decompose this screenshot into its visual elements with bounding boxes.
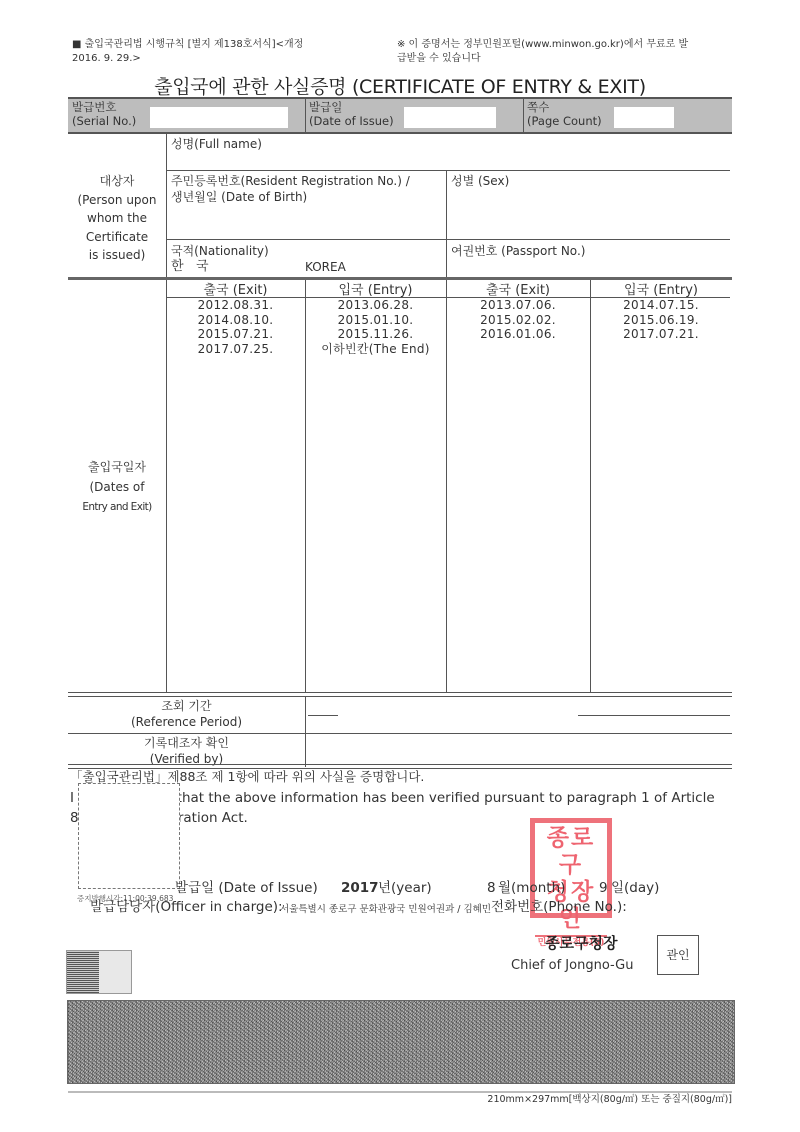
date-entry: 2017.07.25. — [166, 342, 305, 357]
divider — [305, 99, 306, 132]
label-line: 기록대조자 확인 — [68, 735, 305, 751]
date-entry: 이하빈칸(The End) — [305, 342, 446, 357]
issue-day-label: 일(day) — [611, 880, 659, 896]
page-count-label-en: (Page Count) — [527, 114, 602, 128]
nationality-en: KOREA — [305, 259, 346, 275]
dates-column-header: 입국 (Entry) — [590, 279, 732, 298]
dob-label: 생년월일 (Date of Birth) — [171, 189, 307, 205]
dates-column: 2013.07.06.2015.02.02.2016.01.06. — [446, 298, 590, 342]
date-entry: 2012.08.31. — [166, 298, 305, 313]
period-start-line — [308, 715, 338, 716]
authority-en: Chief of Jongno-Gu — [511, 958, 634, 974]
form-reference: ■ 출입국관리법 시행규칙 [별지 제138호서식]<개정 2016. 9. 2… — [72, 38, 332, 66]
issue-month: 8 — [487, 880, 496, 896]
phone-label: 전화번호(Phone No.): — [491, 899, 627, 915]
label-line: is issued) — [68, 246, 166, 265]
officer-value: 서울특별시 종로구 문화관광국 민원여권과 / 김혜민 — [280, 902, 491, 918]
date-entry: 2015.02.02. — [446, 313, 590, 328]
divider — [523, 99, 524, 132]
dates-column: 2013.06.28.2015.01.10.2015.11.26.이하빈칸(Th… — [305, 298, 446, 356]
document-title: 출입국에 관한 사실증명 (CERTIFICATE OF ENTRY & EXI… — [0, 72, 800, 99]
label-line: 조회 기간 — [68, 698, 305, 714]
document-qr-code — [66, 950, 132, 994]
date-entry: 2013.07.06. — [446, 298, 590, 313]
label-line: whom the — [68, 209, 166, 228]
resident-no-label: 주민등록번호(Resident Registration No.) / — [171, 173, 410, 189]
serial-no-value — [150, 107, 288, 128]
date-of-issue-label-ko: 발급일 — [309, 100, 394, 114]
divider — [590, 280, 591, 692]
dates-section-label: 출입국일자 (Dates of Entry and Exit) — [68, 457, 166, 517]
passport-label: 여권번호 (Passport No.) — [451, 243, 585, 259]
date-of-issue-label: 발급일 (Date of Issue) — [309, 100, 394, 128]
authority-ko: 종로구청장 — [545, 935, 617, 951]
date-entry: 2017.07.21. — [590, 327, 732, 342]
serial-no-label: 발급번호 (Serial No.) — [72, 100, 136, 128]
reference-period-label: 조회 기간 (Reference Period) — [68, 698, 305, 730]
date-entry: 2016.01.06. — [446, 327, 590, 342]
date-entry: 2015.07.21. — [166, 327, 305, 342]
divider — [305, 697, 306, 767]
dates-column-header: 출국 (Exit) — [446, 279, 590, 298]
redacted-area — [78, 783, 180, 889]
page-count-value — [614, 107, 674, 128]
date-entry: 2013.06.28. — [305, 298, 446, 313]
security-pattern — [67, 1000, 735, 1084]
date-entry: 2015.06.19. — [590, 313, 732, 328]
free-issue-notice: ※ 이 증명서는 정부민원포털(www.minwon.go.kr)에서 무료로 … — [397, 38, 697, 66]
divider — [446, 280, 447, 692]
page-count-label-ko: 쪽수 — [527, 100, 602, 114]
label-line: Entry and Exit) — [68, 497, 166, 517]
divider — [446, 170, 447, 278]
period-end-line — [578, 715, 730, 716]
subject-section-label: 대상자 (Person upon whom the Certificate is… — [68, 172, 166, 265]
divider — [68, 692, 732, 697]
date-entry: 2014.08.10. — [166, 313, 305, 328]
date-of-issue-value — [404, 107, 496, 128]
dates-column-header: 출국 (Exit) — [166, 279, 305, 298]
page-count-label: 쪽수 (Page Count) — [527, 100, 602, 128]
issue-year: 2017 — [341, 880, 379, 896]
label-line: (Person upon — [68, 191, 166, 210]
date-entry: 2015.01.10. — [305, 313, 446, 328]
serial-no-label-ko: 발급번호 — [72, 100, 136, 114]
nationality-label: 국적(Nationality) — [171, 243, 269, 259]
sex-label: 성별 (Sex) — [451, 173, 509, 189]
verified-by-label: 기록대조자 확인 (Verified by) — [68, 735, 305, 767]
dates-column: 2014.07.15.2015.06.19.2017.07.21. — [590, 298, 732, 342]
date-entry: 2015.11.26. — [305, 327, 446, 342]
label-line: Certificate — [68, 228, 166, 247]
label-line: 대상자 — [68, 172, 166, 191]
label-line: (Dates of — [68, 477, 166, 497]
dates-column: 2012.08.31.2014.08.10.2015.07.21.2017.07… — [166, 298, 305, 356]
full-name-label: 성명(Full name) — [171, 136, 262, 152]
divider — [166, 133, 167, 278]
label-line: 출입국일자 — [68, 457, 166, 477]
issue-year-label: 년(year) — [378, 880, 432, 896]
seal-label-box: 관인 — [657, 935, 699, 975]
nationality-ko: 한 국 — [171, 259, 209, 275]
date-entry: 2014.07.15. — [590, 298, 732, 313]
date-of-issue-label-en: (Date of Issue) — [309, 114, 394, 128]
officer-label: 발급담당자(Officer in charge): — [90, 899, 283, 915]
issue-month-label: 월(month) — [498, 880, 565, 896]
paper-spec: 210mm×297mm[백상지(80g/㎡) 또는 중질지(80g/㎡)] — [487, 1092, 732, 1108]
label-line: (Reference Period) — [68, 714, 305, 730]
issue-day: 9 — [599, 880, 608, 896]
stamp-line: 종로구 — [535, 825, 607, 879]
divider — [166, 170, 730, 171]
issue-date-label: 발급일 (Date of Issue) — [175, 880, 318, 896]
serial-no-label-en: (Serial No.) — [72, 114, 136, 128]
divider — [68, 733, 732, 734]
dates-column-header: 입국 (Entry) — [305, 279, 446, 298]
divider — [166, 239, 730, 240]
